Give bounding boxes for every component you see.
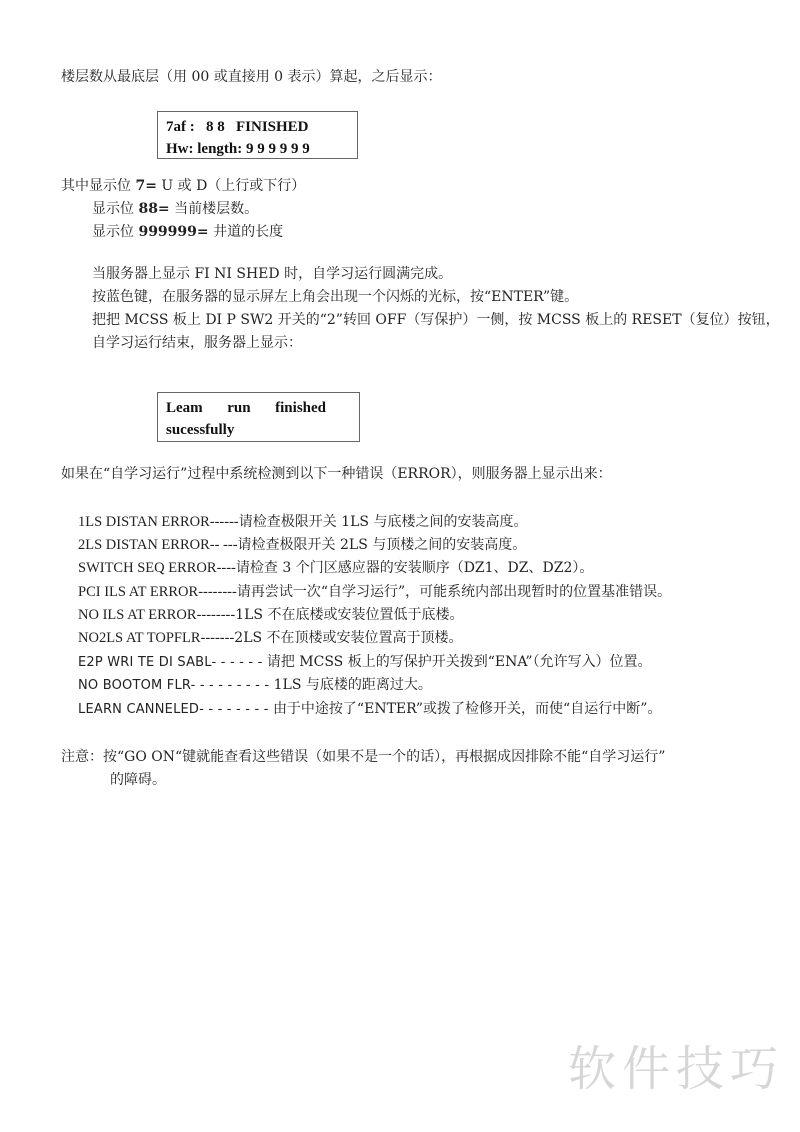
display-line-2: sucessfully — [166, 419, 353, 441]
legend-desc: U 或 D（上行或下行） — [157, 178, 305, 194]
error-code: NO2LS AT TOPFLR------- — [78, 630, 234, 646]
error-item: PCI ILS AT ERROR--------请再尝试一次“自学习运行”，可能… — [78, 582, 671, 602]
error-code: NO BOOTOM FLR- - - - - - - - - — [78, 678, 274, 693]
error-item: 2LS DISTAN ERROR-- ---请检查极限开关 2LS 与顶楼之间的… — [78, 535, 526, 555]
watermark-text: 软件技巧 — [568, 1030, 784, 1099]
legend-line-1: 其中显示位 7= U 或 D（上行或下行） — [61, 176, 305, 196]
legend-prefix: 其中显示位 — [61, 178, 135, 194]
error-desc: 请再尝试一次“自学习运行”，可能系统内部出现暂时的位置基准错误。 — [237, 584, 671, 600]
legend-prefix: 显示位 — [92, 201, 138, 217]
error-desc: 请检查极限开关 2LS 与顶楼之间的安装高度。 — [238, 537, 527, 553]
error-code: LEARN CANNELED- - - - - - - - — [78, 702, 273, 717]
display-box-learn-finished: Leam run finished sucessfully — [157, 392, 360, 442]
legend-desc: 当前楼层数。 — [170, 201, 258, 217]
error-desc: 由于中途按了“ENTER”或拨了检修开关，而使“自运行中断”。 — [273, 701, 661, 717]
error-code: 1LS DISTAN ERROR------ — [78, 514, 239, 530]
error-item: NO BOOTOM FLR- - - - - - - - - 1LS 与底楼的距… — [78, 675, 432, 696]
display-line-2: Hw: length: 9 9 9 9 9 9 — [166, 138, 351, 160]
error-desc: 请检查 3 个门区感应器的安装顺序（DZ1、DZ、DZ2）。 — [236, 560, 593, 576]
error-desc: 1LS 与底楼的距离过大。 — [274, 677, 432, 693]
step-reset-cont: 自学习运行结束，服务器上显示： — [92, 333, 302, 353]
error-code: PCI ILS AT ERROR-------- — [78, 584, 237, 600]
error-desc: 1LS 不在底楼或安装位置低于底楼。 — [235, 607, 463, 623]
word-finished: finished — [275, 397, 326, 419]
hw-length-value: 9 9 9 9 9 9 — [246, 141, 310, 157]
error-desc: 2LS 不在顶楼或安装位置高于顶楼。 — [234, 630, 462, 646]
error-code: E2P WRI TE DI SABL- - - - - - — [78, 655, 267, 670]
hw-length-label: Hw: length: — [166, 141, 242, 157]
legend-desc: 井道的长度 — [209, 224, 283, 240]
note-line-1: 注意：按“GO ON“键就能查看这些错误（如果不是一个的话），再根据成因排除不能… — [61, 747, 665, 767]
error-code: SWITCH SEQ ERROR---- — [78, 560, 236, 576]
error-desc: 请把 MCSS 板上的写保护开关拨到“ENA”（允许写入）位置。 — [267, 654, 652, 670]
note-line-2: 的障碍。 — [110, 770, 166, 790]
error-intro: 如果在“自学习运行”过程中系统检测到以下一种错误（ERROR），则服务器上显示出… — [61, 464, 612, 484]
direction-code: 7af : — [166, 119, 195, 135]
error-item: NO2LS AT TOPFLR-------2LS 不在顶楼或安装位置高于顶楼。 — [78, 628, 463, 648]
step-press-enter: 按蓝色键，在服务器的显示屏左上角会出现一个闪烁的光标，按“ENTER”键。 — [92, 287, 578, 307]
legend-code: 7= — [135, 178, 156, 194]
step-reset: 把把 MCSS 板上 DI P SW2 开关的“2”转回 OFF（写保护）一侧，… — [92, 310, 780, 330]
error-desc: 请检查极限开关 1LS 与底楼之间的安装高度。 — [239, 514, 528, 530]
error-item: LEARN CANNELED- - - - - - - - 由于中途按了“ENT… — [78, 699, 661, 720]
word-run: run — [227, 397, 250, 419]
floor-number: 8 8 — [206, 119, 225, 135]
display-line-1: 7af : 8 8 FINISHED — [166, 116, 351, 138]
display-line-1: Leam run finished — [166, 397, 326, 419]
step-finished: 当服务器上显示 FI NI SHED 时，自学习运行圆满完成。 — [92, 264, 452, 284]
status-text: FINISHED — [236, 119, 309, 135]
legend-line-2: 显示位 88= 当前楼层数。 — [92, 199, 258, 219]
error-code: NO ILS AT ERROR-------- — [78, 607, 235, 623]
error-item: SWITCH SEQ ERROR----请检查 3 个门区感应器的安装顺序（DZ… — [78, 558, 593, 578]
error-code: 2LS DISTAN ERROR-- --- — [78, 537, 238, 553]
error-item: NO ILS AT ERROR--------1LS 不在底楼或安装位置低于底楼… — [78, 605, 463, 625]
legend-prefix: 显示位 — [92, 224, 138, 240]
legend-code: 88= — [138, 201, 169, 217]
intro-text: 楼层数从最底层（用 00 或直接用 0 表示）算起，之后显示： — [61, 67, 442, 87]
word-learn: Leam — [166, 397, 203, 419]
display-box-finished: 7af : 8 8 FINISHED Hw: length: 9 9 9 9 9… — [157, 111, 358, 159]
error-item: E2P WRI TE DI SABL- - - - - - 请把 MCSS 板上… — [78, 652, 652, 673]
legend-line-3: 显示位 999999= 井道的长度 — [92, 222, 283, 242]
legend-code: 999999= — [138, 224, 208, 240]
error-item: 1LS DISTAN ERROR------请检查极限开关 1LS 与底楼之间的… — [78, 512, 527, 532]
